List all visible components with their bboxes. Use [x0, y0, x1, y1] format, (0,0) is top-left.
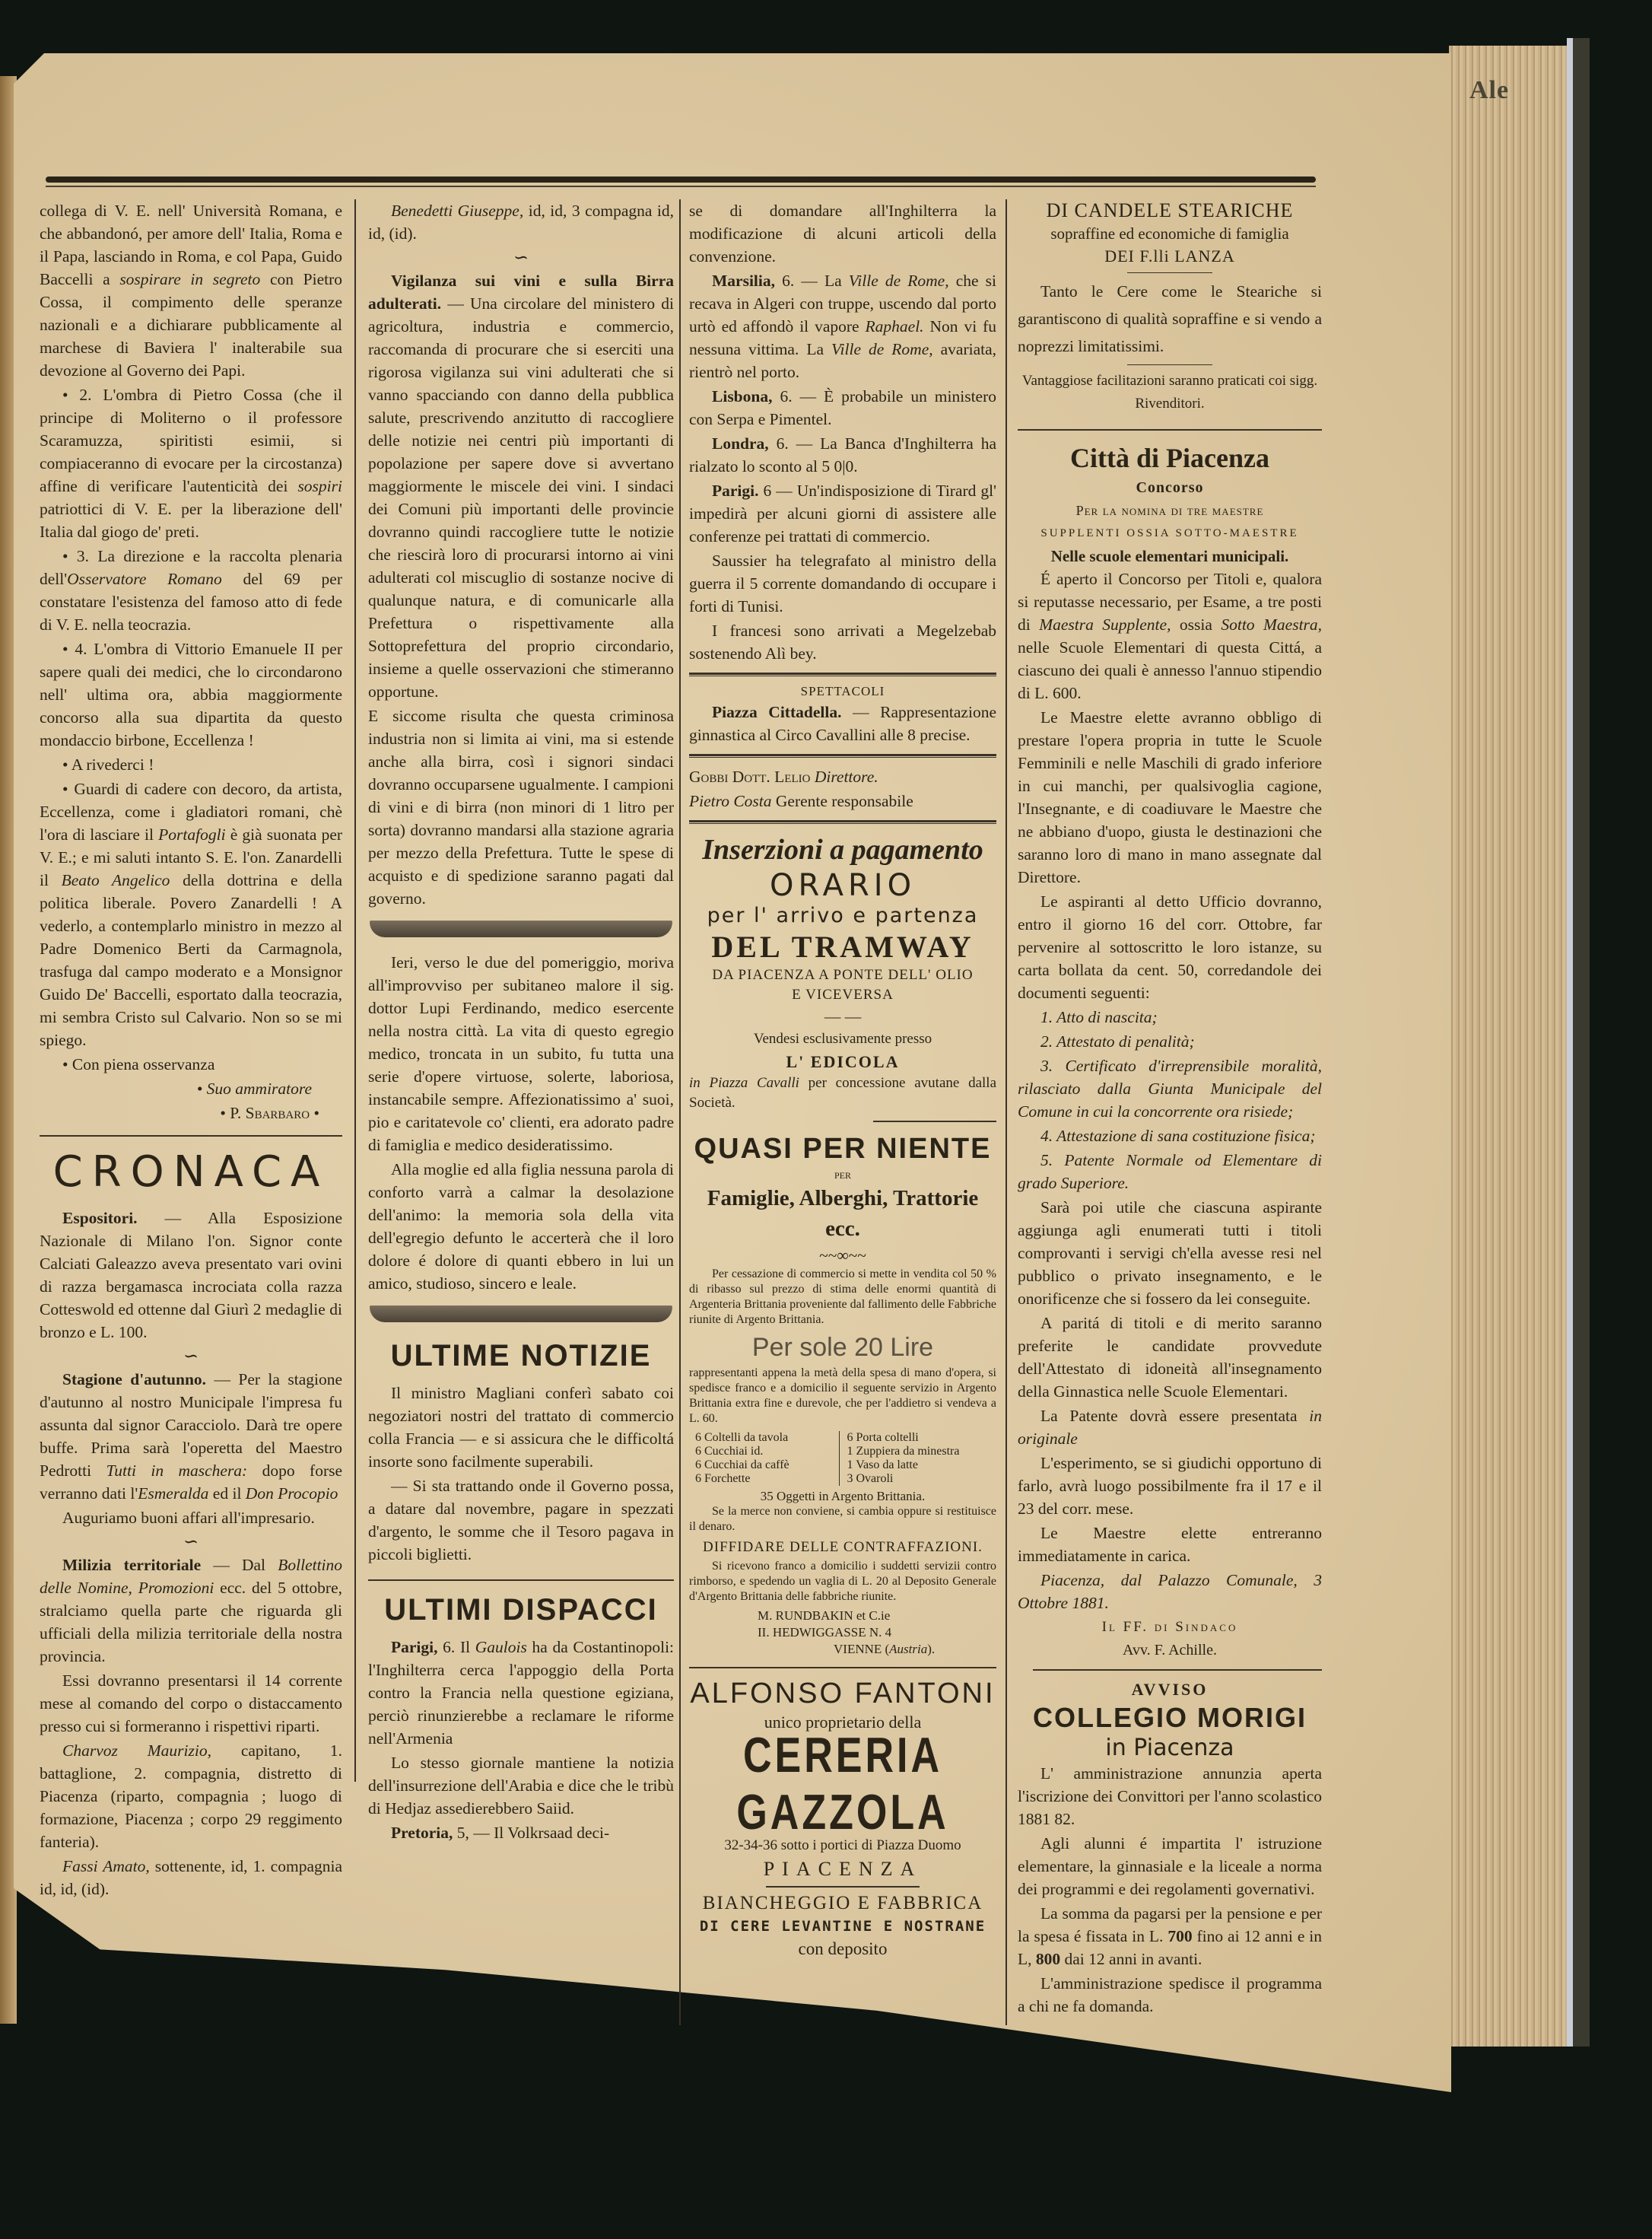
- section-rule: [40, 1135, 342, 1137]
- notice-doc-item: 1. Atto di nascita;: [1018, 1006, 1322, 1029]
- ad-deposito: con deposito: [689, 1938, 996, 1961]
- obituary-paragraph: Ieri, verso le due del pomeriggio, moriv…: [368, 951, 674, 1156]
- obituary-paragraph: Alla moglie ed alla figlia nessuna parol…: [368, 1158, 674, 1295]
- dispatch-item: Londra, 6. — La Banca d'Inghilterra ha r…: [689, 432, 996, 478]
- spettacoli-item: Piazza Cittadella. — Rappresentazione gi…: [689, 701, 996, 746]
- ad-body: Tanto le Cere come le Steariche si garan…: [1018, 278, 1322, 360]
- ad-dash: — —: [689, 1005, 996, 1028]
- notice-paragraph: A paritá di titoli e di merito saranno p…: [1018, 1312, 1322, 1403]
- ad-bianchieggio: BIANCHEGGIO E FABBRICA: [689, 1892, 996, 1915]
- dispatch-item: Parigi. 6 — Un'indisposizione di Tirard …: [689, 479, 996, 548]
- signature-line: • Suo ammiratore: [40, 1077, 342, 1100]
- ad-soprafine: sopraffine ed economiche di famiglia: [1018, 222, 1322, 245]
- notice-title-citta: Città di Piacenza: [1018, 440, 1322, 476]
- article-paragraph: collega di V. E. nell' Università Romana…: [40, 199, 342, 382]
- edge-stamp: Ale: [1469, 76, 1509, 105]
- article-paragraph: • A rivederci !: [40, 753, 342, 776]
- column-3: se di domandare all'Inghilterra la modif…: [689, 199, 996, 1961]
- news-item: Espositori. — Alla Esposizione Nazionale…: [40, 1207, 342, 1344]
- news-item: Stagione d'autunno. — Per la stagione d'…: [40, 1368, 342, 1505]
- book-binding: [1567, 38, 1590, 2047]
- notice-paragraph: La somma da pagarsi per la pensione e pe…: [1018, 1902, 1322, 1970]
- section-rule: [1018, 429, 1322, 431]
- notice-nomina: Per la nomina di tre maestre: [1018, 499, 1322, 522]
- ad-firm-name: M. RUNDBAKIN et C.ie: [689, 1608, 996, 1624]
- header-rule: [46, 177, 1316, 183]
- ornament-icon: ∽: [368, 246, 674, 269]
- ornament-icon: ∽: [40, 1345, 342, 1368]
- masthead-director: Gobbi Dott. Lelio Direttore.: [689, 765, 996, 788]
- dispatch-item: Parigi, 6. Il Gaulois ha da Costantinopo…: [368, 1636, 674, 1750]
- ad-body: Se la merce non conviene, si cambia oppu…: [689, 1504, 996, 1535]
- ad-lanza: DEI F.lli LANZA: [1018, 245, 1322, 268]
- ad-tramway-route: DA PIACENZA A PONTE DELL' OLIO: [689, 965, 996, 985]
- section-rule: [689, 820, 996, 824]
- news-item: Fassi Amato, sottenente, id, 1. compagni…: [40, 1855, 342, 1900]
- ad-body: Si ricevono franco a domicilio i suddett…: [689, 1559, 996, 1605]
- notice-paragraph: Le Maestre elette avranno obbligo di pre…: [1018, 706, 1322, 889]
- ad-body: Vantaggiose facilitazioni saranno pratic…: [1018, 370, 1322, 415]
- signature-name: • P. Sbarbaro •: [40, 1102, 342, 1124]
- page-stack-edges: [1449, 46, 1571, 2047]
- ad-total: 35 Oggetti in Argento Brittania.: [689, 1489, 996, 1504]
- ad-per-label: PER: [689, 1168, 996, 1183]
- section-rule: [1127, 364, 1212, 365]
- header-rule-thin: [46, 186, 1316, 187]
- notice-paragraph: É aperto il Concorso per Titoli e, qualo…: [1018, 568, 1322, 704]
- ad-cereria: CERERIA GAZZOLA: [689, 1727, 996, 1841]
- ad-cere: DI CERE LEVANTINE E NOSTRANE: [689, 1915, 996, 1938]
- notice-doc-item: 2. Attestato di penalità;: [1018, 1030, 1322, 1053]
- notice-paragraph: Agli alunni é impartita l' istruzione el…: [1018, 1832, 1322, 1900]
- news-item: Il ministro Magliani conferì sabato coi …: [368, 1382, 674, 1473]
- column-1: collega di V. E. nell' Università Romana…: [40, 199, 342, 1902]
- notice-paragraph: Le aspiranti al detto Ufficio dovranno, …: [1018, 890, 1322, 1004]
- notice-paragraph: L' amministrazione annunzia aperta l'isc…: [1018, 1762, 1322, 1830]
- article-paragraph: • Con piena osservanza: [40, 1053, 342, 1076]
- news-item: Auguriamo buoni affari all'impresario.: [40, 1506, 342, 1529]
- dispatch-item: I francesi sono arrivati a Megelzebab so…: [689, 619, 996, 665]
- article-paragraph: • 4. L'ombra di Vittorio Emanuele II per…: [40, 638, 342, 752]
- notice-collegio: COLLEGIO MORIGI: [1018, 1701, 1322, 1735]
- section-rule: [689, 1667, 996, 1668]
- ad-items-right: 6 Porta coltelli 1 Zuppiera da minestra …: [839, 1431, 991, 1486]
- ad-quasi-title: QUASI PER NIENTE: [689, 1130, 996, 1168]
- news-item: Vigilanza sui vini e sulla Birra adulter…: [368, 269, 674, 703]
- ornament-icon: ∽: [40, 1531, 342, 1554]
- ad-edicola: L' EDICOLA: [689, 1051, 996, 1073]
- ad-tramway-route: E VICEVERSA: [689, 985, 996, 1005]
- notice-doc-item: 3. Certificato d'irreprensibile moralità…: [1018, 1054, 1322, 1123]
- ad-firm-address: II. HEDWIGGASSE N. 4: [689, 1624, 996, 1641]
- spettacoli-label: SPETTACOLI: [689, 684, 996, 699]
- section-divider-bar: [370, 1306, 672, 1322]
- section-divider-bar: [370, 921, 672, 937]
- news-item: Charvoz Maurizio, capitano, 1. battaglio…: [40, 1739, 342, 1853]
- notice-doc-item: 5. Patente Normale od Elementare di grad…: [1018, 1149, 1322, 1194]
- section-rule: [368, 1579, 674, 1581]
- ad-body: rappresentanti appena la metà della spes…: [689, 1366, 996, 1426]
- notice-scuole: Nelle scuole elementari municipali.: [1018, 545, 1322, 568]
- section-rule: [689, 754, 996, 758]
- ad-city: PIACENZA: [689, 1857, 996, 1881]
- news-item: E siccome risulta che questa criminosa i…: [368, 704, 674, 910]
- section-rule: [1127, 272, 1212, 273]
- ad-orario-sub: per l' arrivo e partenza: [689, 903, 996, 929]
- section-rule: [1033, 1669, 1322, 1671]
- ad-tramway-title: DEL TRAMWAY: [689, 929, 996, 965]
- section-title-ultimi-dispacci: ULTIMI DISPACCI: [368, 1590, 674, 1630]
- ad-price: Per sole 20 Lire: [689, 1329, 996, 1366]
- section-title-cronaca: CRONACA: [40, 1146, 342, 1199]
- notice-avviso: AVVISO: [1018, 1678, 1322, 1701]
- dispatch-item: se di domandare all'Inghilterra la modif…: [689, 199, 996, 268]
- news-item: Benedetti Giuseppe, id, id, 3 compagna i…: [368, 199, 674, 245]
- dispatch-item: Marsilia, 6. — La Ville de Rome, che si …: [689, 269, 996, 383]
- ad-candele: DI CANDELE STEARICHE: [1018, 199, 1322, 222]
- notice-paragraph: L'amministrazione spedisce il programma …: [1018, 1972, 1322, 2018]
- column-divider: [1005, 199, 1007, 2025]
- dispatch-item: Saussier ha telegrafato al ministro dell…: [689, 549, 996, 618]
- notice-in-piacenza: in Piacenza: [1018, 1735, 1322, 1762]
- notice-doc-item: 4. Attestazione di sana costituzione fis…: [1018, 1124, 1322, 1147]
- section-rule: [689, 673, 996, 676]
- masthead-manager: Pietro Costa Gerente responsabile: [689, 790, 996, 813]
- dispatch-item: Lisbona, 6. — È probabile un ministero c…: [689, 385, 996, 431]
- section-title-ultime-notizie: ULTIME NOTIZIE: [368, 1336, 674, 1376]
- dispatch-item: Pretoria, 5, — Il Volkrsaad deci-: [368, 1821, 674, 1844]
- ad-fantoni: ALFONSO FANTONI: [689, 1676, 996, 1711]
- section-rule: [873, 1121, 996, 1122]
- column-divider: [354, 199, 356, 1782]
- news-item: Essi dovranno presentarsi il 14 corrente…: [40, 1669, 342, 1738]
- ad-edicola-location: in Piazza Cavalli per concessione avutan…: [689, 1073, 996, 1113]
- notice-concorso: Concorso: [1018, 476, 1322, 499]
- notice-paragraph: Le Maestre elette entreranno immediatame…: [1018, 1522, 1322, 1567]
- notice-paragraph: L'esperimento, se si giudichi opportuno …: [1018, 1452, 1322, 1520]
- article-paragraph: • Guardi di cadere con decoro, da artist…: [40, 778, 342, 1051]
- ad-orario-title: ORARIO: [689, 868, 996, 903]
- notice-dateline: Piacenza, dal Palazzo Comunale, 3 Ottobr…: [1018, 1569, 1322, 1614]
- dispatch-item: Lo stesso giornale mantiene la notizia d…: [368, 1751, 674, 1820]
- notice-paragraph: Sarà poi utile che ciascuna aspirante ag…: [1018, 1196, 1322, 1310]
- ad-famiglie: Famiglie, Alberghi, Trattorie ecc.: [689, 1183, 996, 1244]
- notice-signatory-title: Il FF. di Sindaco: [1018, 1616, 1322, 1639]
- ornament-icon: ~~∞~~: [689, 1244, 996, 1267]
- notice-paragraph: La Patente dovrà essere presentata in or…: [1018, 1404, 1322, 1450]
- column-2: Benedetti Giuseppe, id, id, 3 compagna i…: [368, 199, 674, 1846]
- ad-items-left: 6 Coltelli da tavola 6 Cucchiai id. 6 Cu…: [695, 1431, 839, 1486]
- paid-ads-title: Inserzioni a pagamento: [689, 832, 996, 868]
- notice-signatory: Avv. F. Achille.: [1018, 1639, 1322, 1662]
- ad-vendesi: Vendesi esclusivamente presso: [689, 1028, 996, 1051]
- news-item: Milizia territoriale — Dal Bollettino de…: [40, 1554, 342, 1668]
- ad-firm-city: VIENNE (Austria).: [689, 1641, 996, 1658]
- ad-items-list: 6 Coltelli da tavola 6 Cucchiai id. 6 Cu…: [689, 1428, 996, 1489]
- column-divider: [679, 199, 681, 2025]
- ad-body: Per cessazione di commercio si mette in …: [689, 1267, 996, 1328]
- section-rule: [766, 1886, 920, 1888]
- column-4: DI CANDELE STEARICHE sopraffine ed econo…: [1018, 199, 1322, 2019]
- notice-supplenti: SUPPLENTI OSSIA SOTTO-MAESTRE: [1018, 522, 1322, 545]
- ad-warning: DIFFIDARE DELLE CONTRAFFAZIONI.: [689, 1536, 996, 1559]
- news-item: — Si sta trattando onde il Governo possa…: [368, 1474, 674, 1566]
- article-paragraph: • 3. La direzione e la raccolta plenaria…: [40, 545, 342, 636]
- article-paragraph: • 2. L'ombra di Pietro Cossa (che il pri…: [40, 383, 342, 543]
